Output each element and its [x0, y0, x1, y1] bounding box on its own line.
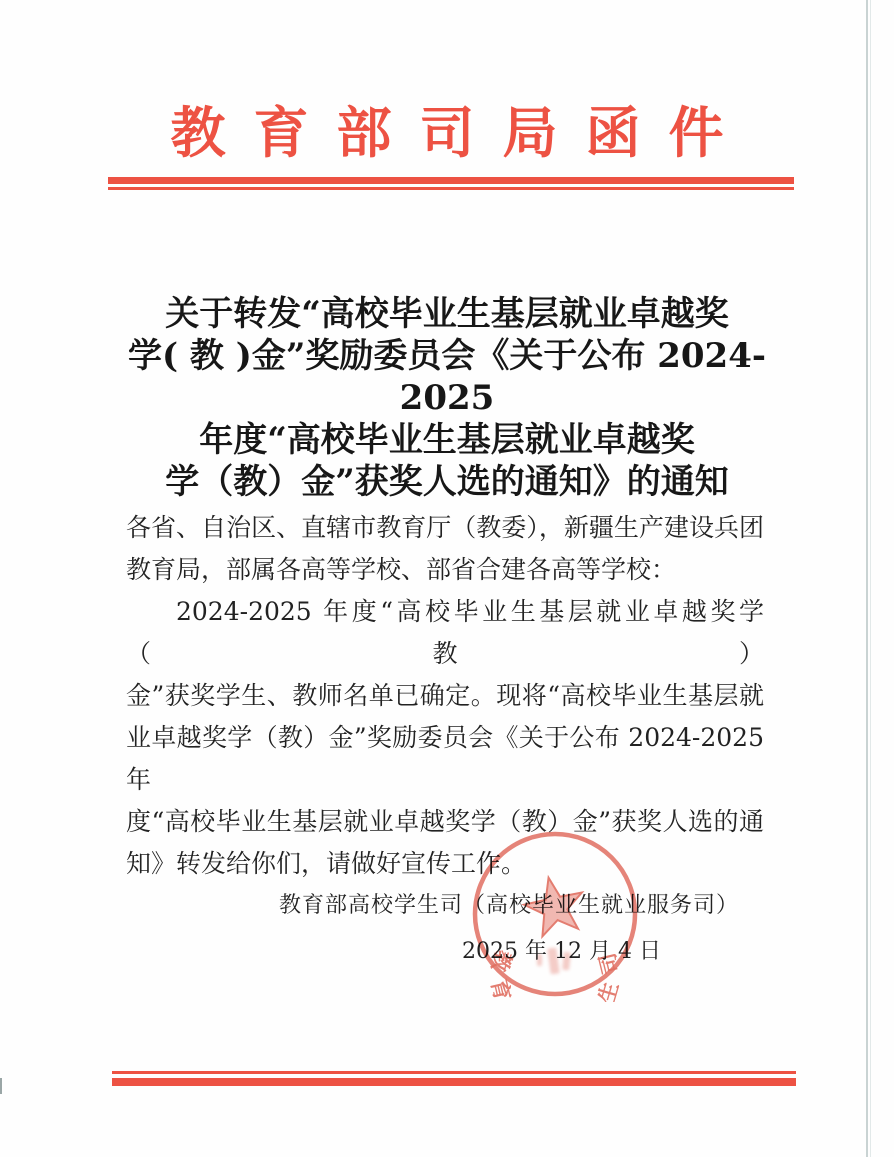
letter-body: 各省、自治区、直辖市教育厅（教委），新疆生产建设兵团 教育局，部属各高等学校、部…	[126, 507, 764, 885]
paragraph-line: 知》转发给你们，请做好宣传工作。	[126, 843, 764, 885]
masthead-banner: 教育部司局函件	[0, 96, 894, 160]
recipient-line: 教育局，部属各高等学校、部省合建各高等学校：	[126, 549, 764, 591]
title-line: 学( 教 )金”奖励委员会《关于公布 2024-2025	[97, 335, 797, 419]
scan-corner-mark	[0, 1078, 2, 1094]
title-line: 关于转发“高校毕业生基层就业卓越奖	[97, 293, 797, 335]
footer-rule-thin	[112, 1071, 796, 1074]
paragraph-line: 2024-2025 年度“高校毕业生基层就业卓越奖学（教）	[126, 591, 764, 675]
masthead-title: 教育部司局函件	[170, 89, 751, 168]
footer-rule-thick	[112, 1078, 796, 1086]
scan-edge-line	[870, 0, 871, 1157]
title-line: 年度“高校毕业生基层就业卓越奖	[97, 419, 797, 461]
paragraph-line: 业卓越奖学（教）金”奖励委员会《关于公布 2024-2025 年	[126, 717, 764, 801]
header-rule-thick	[108, 177, 794, 184]
header-rule-thin	[108, 187, 794, 190]
recipient-line: 各省、自治区、直辖市教育厅（教委），新疆生产建设兵团	[126, 507, 764, 549]
scan-edge-line	[866, 0, 868, 1157]
paragraph-line: 金”获奖学生、教师名单已确定。现将“高校毕业生基层就	[126, 675, 764, 717]
paragraph-line: 度“高校毕业生基层就业卓越奖学（教）金”获奖人选的通	[126, 801, 764, 843]
title-line: 学（教）金”获奖人选的通知》的通知	[97, 461, 797, 503]
seal-star-icon	[520, 872, 589, 939]
document-title: 关于转发“高校毕业生基层就业卓越奖 学( 教 )金”奖励委员会《关于公布 202…	[97, 293, 797, 503]
official-seal: 教育部高校学生司	[467, 826, 643, 1002]
seal-smudge	[537, 947, 571, 974]
letter-page: 教育部司局函件 关于转发“高校毕业生基层就业卓越奖 学( 教 )金”奖励委员会《…	[0, 0, 894, 1157]
